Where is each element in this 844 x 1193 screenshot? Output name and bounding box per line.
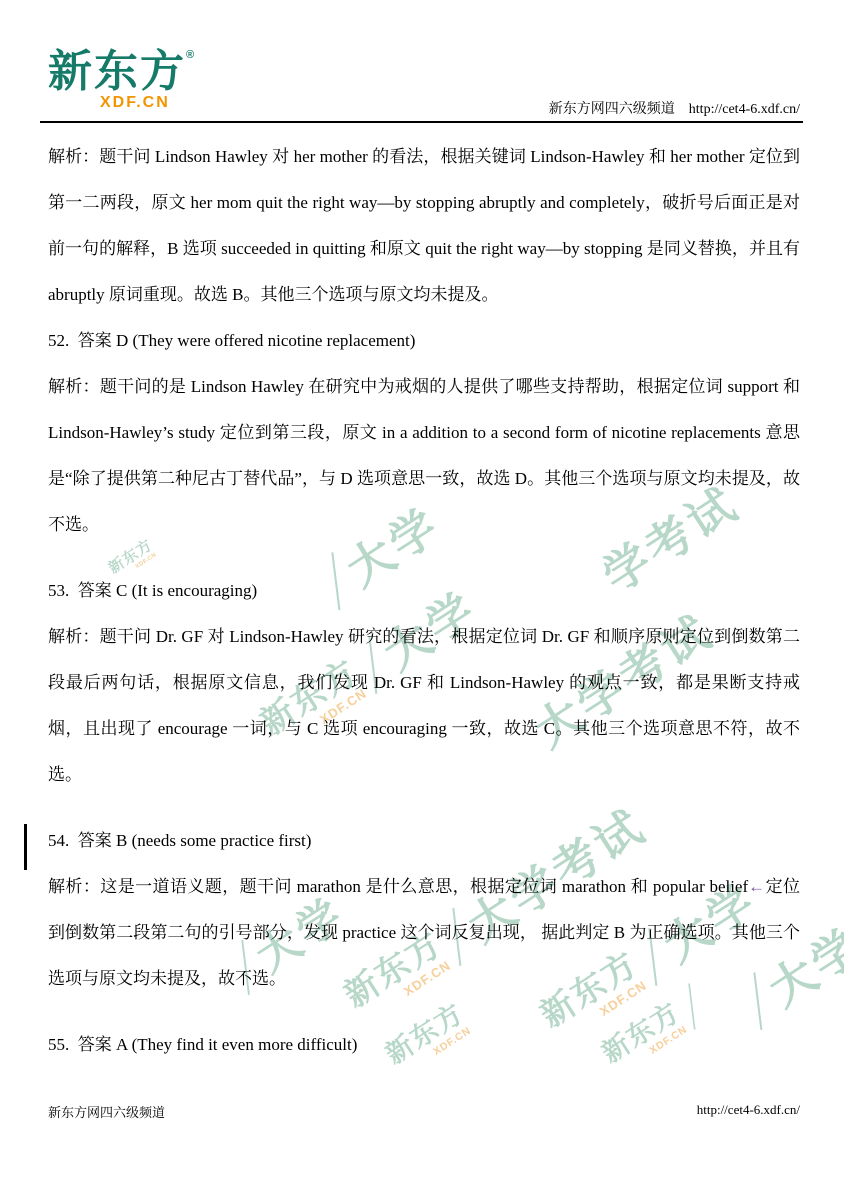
tracked-change-margin-bar xyxy=(24,824,27,870)
answer-52: 52. 答案 D (They were offered nicotine rep… xyxy=(48,318,800,364)
answer-54: 54. 答案 B (needs some practice first) xyxy=(48,818,800,864)
header-url: http://cet4-6.xdf.cn/ xyxy=(689,102,800,117)
xdf-logo: 新东方® XDF.CN xyxy=(48,50,196,111)
revision-arrow-mark: ← xyxy=(748,877,765,896)
answer-53: 53. 答案 C (It is encouraging) xyxy=(48,568,800,614)
document-body: 解析：题干问 Lindson Hawley 对 her mother 的看法，根… xyxy=(48,134,800,1068)
analysis-51: 解析：题干问 Lindson Hawley 对 her mother 的看法，根… xyxy=(48,134,800,318)
xdf-logo-text: 新东方® xyxy=(48,50,196,94)
analysis-54-text-before: 解析：这是一道语义题，题干问 marathon 是什么意思，根据定位词 mara… xyxy=(48,877,748,896)
analysis-52: 解析：题干问的是 Lindson Hawley 在研究中为戒烟的人提供了哪些支持… xyxy=(48,364,800,548)
document-footer: 新东方网四六级频道 http://cet4-6.xdf.cn/ xyxy=(48,1102,800,1121)
header-right: 新东方网四六级频道http://cet4-6.xdf.cn/ xyxy=(549,98,800,118)
analysis-54: 解析：这是一道语义题，题干问 marathon 是什么意思，根据定位词 mara… xyxy=(48,864,800,1002)
answer-55: 55. 答案 A (They find it even more difficu… xyxy=(48,1022,800,1068)
analysis-53: 解析：题干问 Dr. GF 对 Lindson-Hawley 研究的看法，根据定… xyxy=(48,614,800,798)
footer-channel-name: 新东方网四六级频道 xyxy=(48,1105,165,1120)
footer-url: http://cet4-6.xdf.cn/ xyxy=(697,1102,800,1118)
registered-mark-icon: ® xyxy=(186,49,196,61)
header-divider-line xyxy=(40,121,803,123)
document-page: 新东方XDF.CN大学学考试新东方XDF.CN大学大学考试大学新东方XDF.CN… xyxy=(0,0,844,1193)
xdf-logo-domain: XDF.CN xyxy=(100,95,196,111)
header-channel-name: 新东方网四六级频道 xyxy=(549,102,675,117)
